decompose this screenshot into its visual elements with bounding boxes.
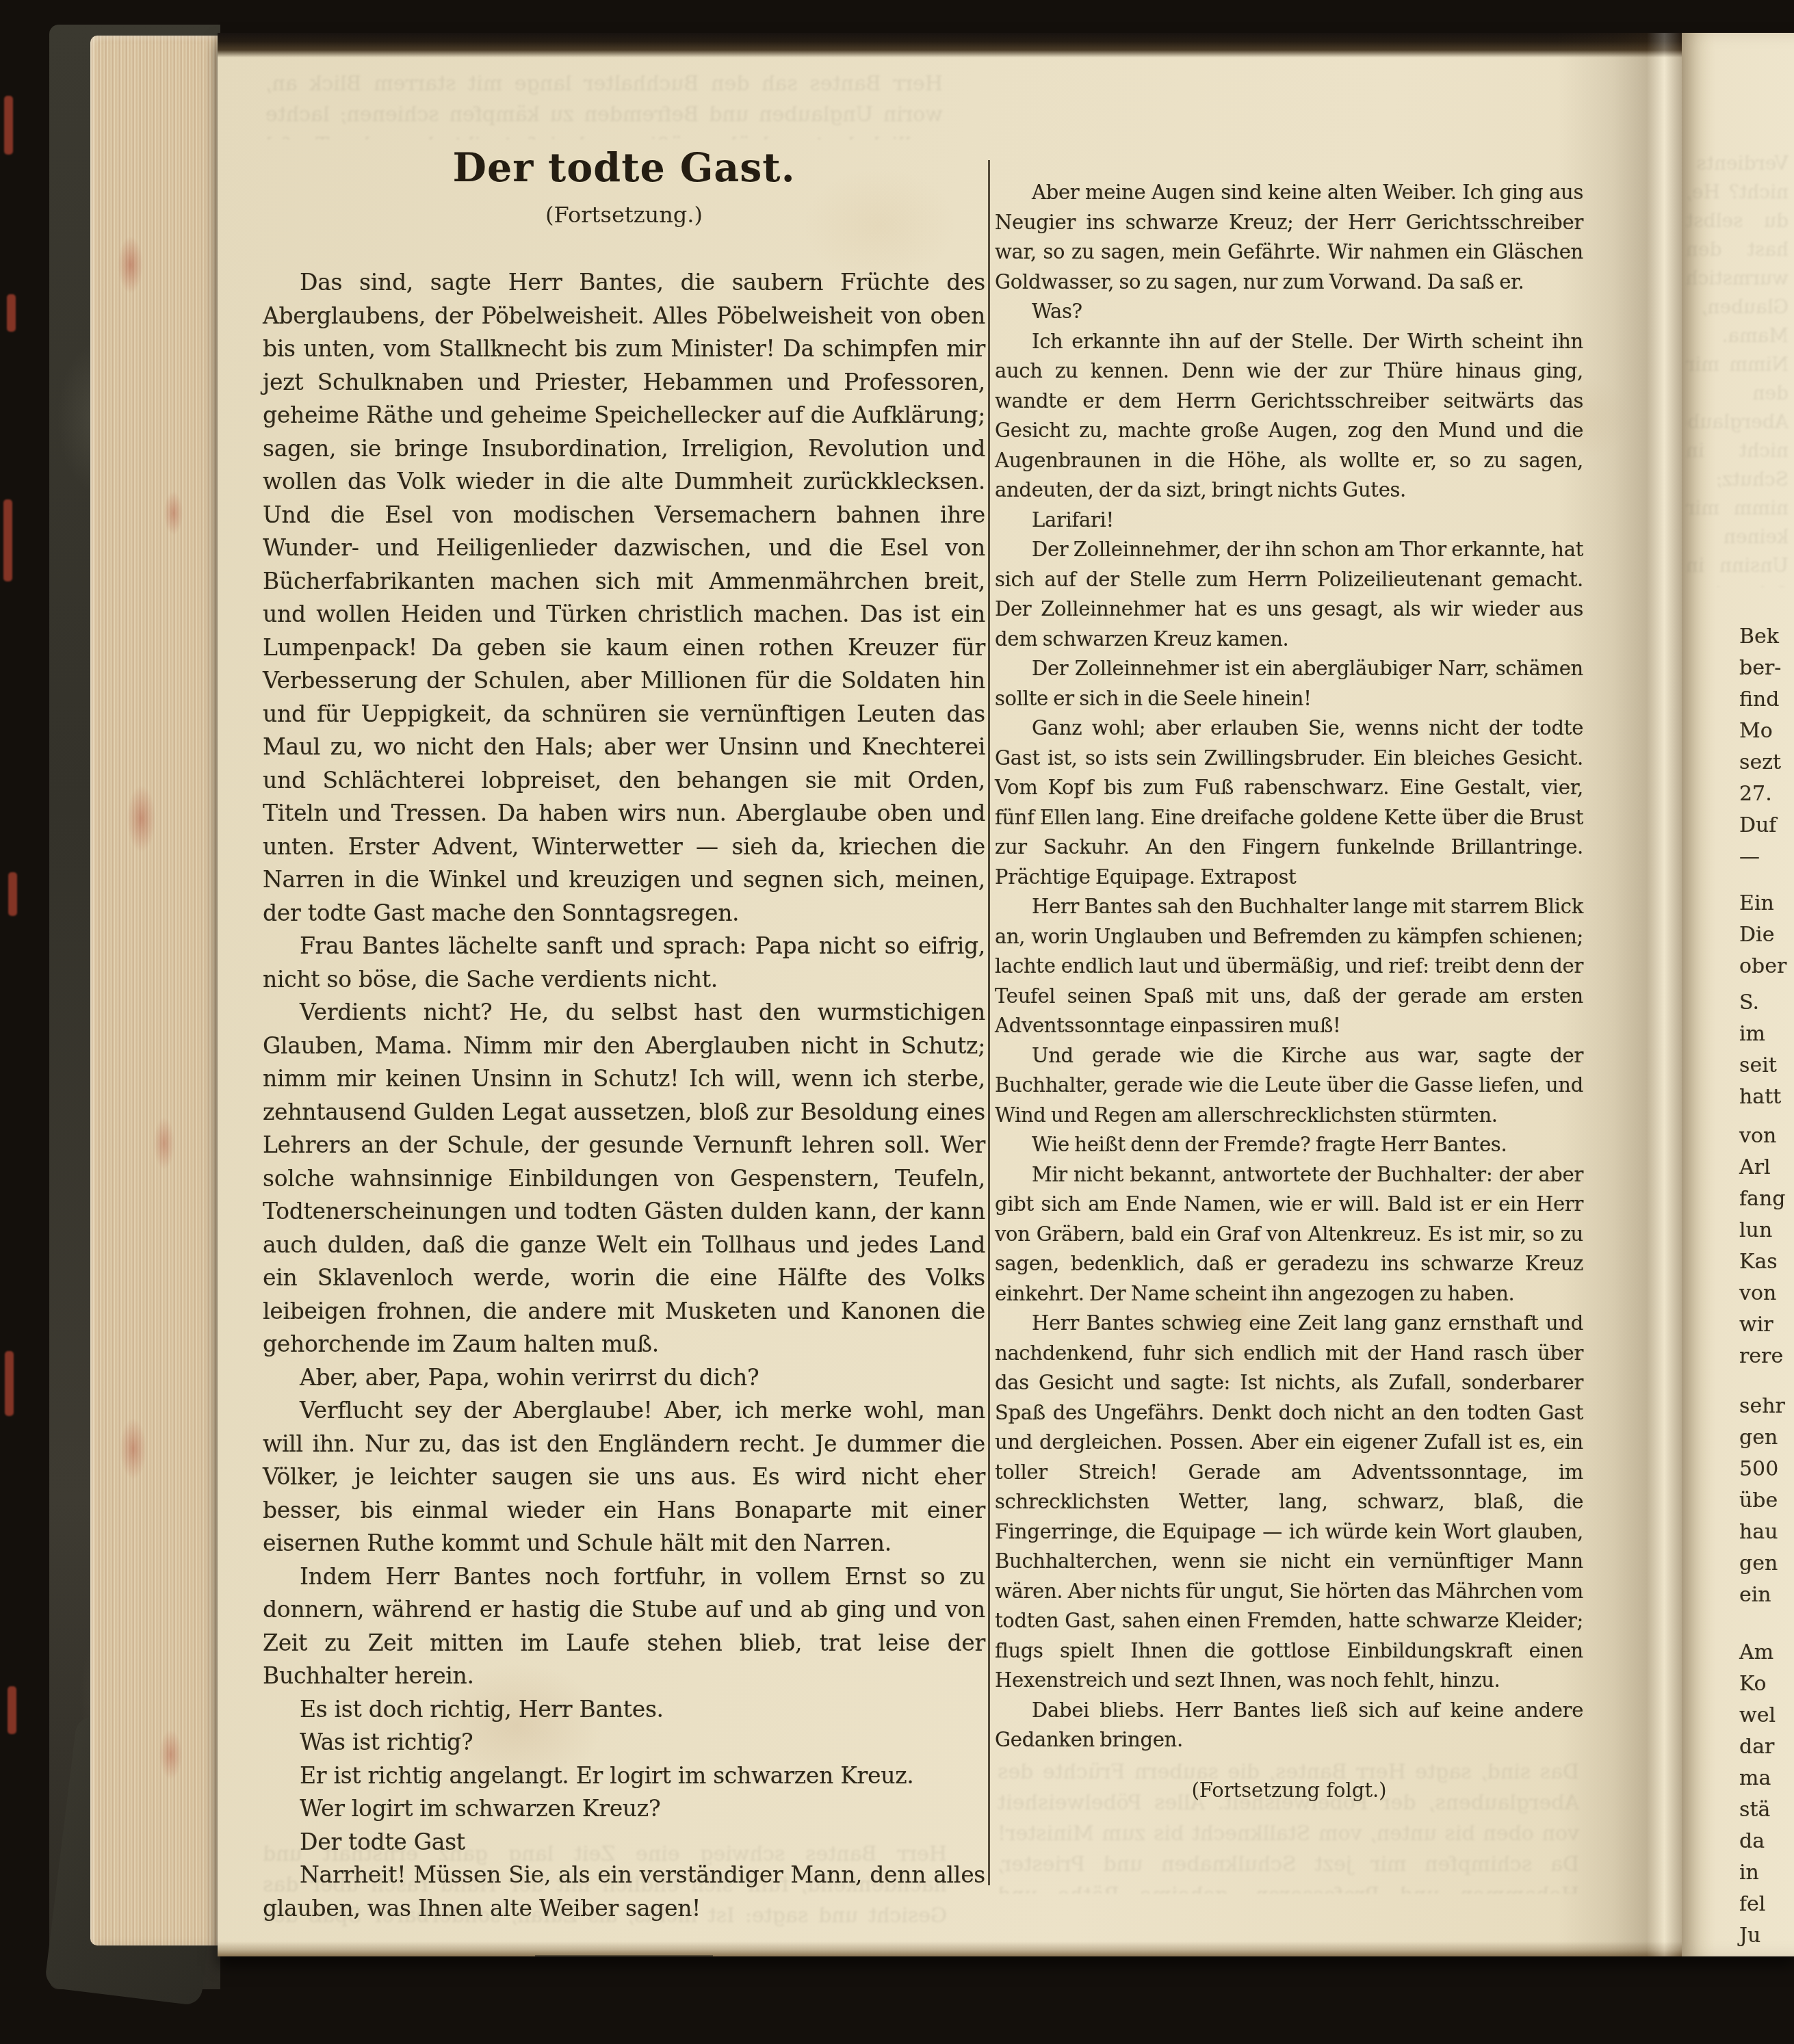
next-page-fragment-line: hatt	[1739, 1082, 1794, 1113]
next-page-fragment-line: Arl	[1739, 1152, 1794, 1183]
next-page-fragment-line: Duf	[1739, 810, 1794, 841]
next-page-fragment-line: Die	[1739, 919, 1794, 951]
story-paragraph: Ich erkannte ihn auf der Stelle. Der Wir…	[995, 327, 1583, 506]
story-paragraph: Er ist richtig angelangt. Er logirt im s…	[263, 1759, 985, 1793]
cover-top-edge	[218, 33, 1794, 57]
section-subtitle: (Fortsetzung.)	[263, 202, 985, 228]
story-paragraph: Herr Bantes sah den Buchhalter lange mit…	[995, 892, 1583, 1041]
story-paragraph: Wie heißt denn der Fremde? fragte Herr B…	[995, 1130, 1583, 1160]
next-page-fragment-line: übe	[1739, 1485, 1794, 1517]
book-page: Herr Bantes sah den Buchhalter lange mit…	[218, 33, 1794, 1956]
left-column: Der todte Gast. (Fortsetzung.) Das sind,…	[263, 145, 985, 1956]
next-page-fragment-line: —	[1739, 841, 1794, 873]
red-edge-mark	[3, 499, 12, 581]
story-paragraph: Frau Bantes lächelte sanft und sprach: P…	[263, 930, 985, 996]
story-paragraph: Das sind, sagte Herr Bantes, die saubern…	[263, 266, 985, 930]
next-page-fragment-line: S.	[1739, 987, 1794, 1019]
story-paragraph: Der Zolleinnehmer, der ihn schon am Thor…	[995, 535, 1583, 654]
red-edge-mark	[4, 96, 13, 155]
story-paragraph: Und gerade wie die Kirche aus war, sagte…	[995, 1041, 1583, 1131]
story-paragraph: Es ist doch richtig, Herr Bantes.	[263, 1693, 985, 1727]
next-page-fragments: vonArlfanglunKasvonwirrere	[1739, 1121, 1794, 1372]
story-paragraph: Narrheit! Müssen Sie, als ein verständig…	[263, 1859, 985, 1925]
story-paragraph: Larifari!	[995, 506, 1583, 536]
next-page-fragment-line: 27.	[1739, 778, 1794, 810]
red-edge-mark	[5, 1351, 14, 1416]
next-page-fragment-line: Ju	[1739, 1920, 1794, 1952]
story-paragraph: Aber meine Augen sind keine alten Weiber…	[995, 178, 1583, 297]
next-page-fragment-line: Mo	[1739, 716, 1794, 747]
next-page-fragments: Bekber-findMosezt27.Duf—	[1739, 621, 1794, 873]
story-paragraph: Wer logirt im schwarzen Kreuz?	[263, 1792, 985, 1826]
red-edge-mark	[8, 1686, 16, 1734]
story-paragraph: Herr Bantes schwieg eine Zeit lang ganz …	[995, 1309, 1583, 1696]
next-page-fragment-line: find	[1739, 684, 1794, 716]
next-page-fragment-line: von	[1739, 1121, 1794, 1152]
section-end-rule	[535, 1955, 713, 1956]
next-page-fragments: S.imseithatt	[1739, 987, 1794, 1113]
story-paragraph: Was ist richtig?	[263, 1726, 985, 1759]
next-page-fragment-line: sezt	[1739, 747, 1794, 778]
next-page-fragment-line: gen	[1739, 1422, 1794, 1454]
story-paragraph: Verdients nicht? He, du selbst hast den …	[263, 996, 985, 1361]
next-page-fragments: sehrgen500übehaugenein	[1739, 1391, 1794, 1611]
next-page-fragment-line: fel	[1739, 1889, 1794, 1920]
next-page-fragment-line: fang	[1739, 1183, 1794, 1215]
left-column-text: Das sind, sagte Herr Bantes, die saubern…	[263, 266, 985, 1925]
next-page-fragment-line: ober	[1739, 951, 1794, 982]
next-page-edge: Verdients nicht? He, du selbst hast den …	[1682, 33, 1794, 1956]
next-page-fragment-line: Bek	[1739, 621, 1794, 653]
next-page-fragment-line: rere	[1739, 1341, 1794, 1372]
story-paragraph: Indem Herr Bantes noch fortfuhr, in voll…	[263, 1560, 985, 1693]
next-page-fragment-line: dar	[1739, 1731, 1794, 1763]
next-page-fragment-line: ma	[1739, 1763, 1794, 1794]
story-paragraph: Ganz wohl; aber erlauben Sie, wenns nich…	[995, 713, 1583, 892]
show-through-text: Herr Bantes sah den Buchhalter lange mit…	[265, 68, 943, 140]
next-page-fragment-line: 500	[1739, 1454, 1794, 1485]
page-title: Der todte Gast.	[263, 145, 985, 191]
next-page-fragment-line: von	[1739, 1278, 1794, 1309]
right-column: Aber meine Augen sind keine alten Weiber…	[995, 178, 1583, 1802]
next-page-fragment-line: stä	[1739, 1794, 1794, 1826]
story-paragraph: Verflucht sey der Aberglaube! Aber, ich …	[263, 1394, 985, 1560]
next-page-fragment-line: Ko	[1739, 1668, 1794, 1700]
next-page-fragment-line: gen	[1739, 1548, 1794, 1580]
book-fore-edge	[90, 36, 224, 1945]
next-page-fragment-line: wir	[1739, 1309, 1794, 1341]
next-page-fragment-line: da	[1739, 1826, 1794, 1857]
next-page-fragments: AmKoweldarmastädainfelJu	[1739, 1637, 1794, 1952]
next-page-fragment-line: wel	[1739, 1700, 1794, 1731]
next-page-fragment-line: ein	[1739, 1580, 1794, 1611]
next-page-fragment-line: Kas	[1739, 1246, 1794, 1278]
red-edge-mark	[7, 294, 16, 332]
next-page-fragment-line: seit	[1739, 1050, 1794, 1082]
show-through-text: Verdients nicht? He, du selbst hast den …	[1686, 149, 1789, 587]
next-page-fragment-line: lun	[1739, 1215, 1794, 1246]
next-page-fragment-line: sehr	[1739, 1391, 1794, 1422]
story-paragraph: Was?	[995, 297, 1583, 327]
continuation-footer: (Fortsetzung folgt.)	[995, 1779, 1583, 1802]
next-page-fragment-line: ber-	[1739, 653, 1794, 684]
next-page-fragment-line: Ein	[1739, 888, 1794, 919]
story-paragraph: Mir nicht bekannt, antwortete der Buchha…	[995, 1160, 1583, 1309]
story-paragraph: Dabei bliebs. Herr Bantes ließ sich auf …	[995, 1696, 1583, 1755]
book-scan: Herr Bantes sah den Buchhalter lange mit…	[0, 0, 1794, 2044]
story-paragraph: Aber, aber, Papa, wohin verirrst du dich…	[263, 1361, 985, 1395]
red-edge-mark	[8, 872, 17, 916]
next-page-fragment-line: Am	[1739, 1637, 1794, 1668]
next-page-fragment-line: im	[1739, 1019, 1794, 1050]
column-divider	[988, 160, 990, 1885]
next-page-fragments: EinDieober	[1739, 888, 1794, 982]
right-column-text: Aber meine Augen sind keine alten Weiber…	[995, 178, 1583, 1755]
story-paragraph: Der todte Gast	[263, 1826, 985, 1859]
next-page-fragment-line: hau	[1739, 1517, 1794, 1548]
next-page-fragment-line: in	[1739, 1857, 1794, 1889]
story-paragraph: Der Zolleinnehmer ist ein abergläubiger …	[995, 654, 1583, 713]
